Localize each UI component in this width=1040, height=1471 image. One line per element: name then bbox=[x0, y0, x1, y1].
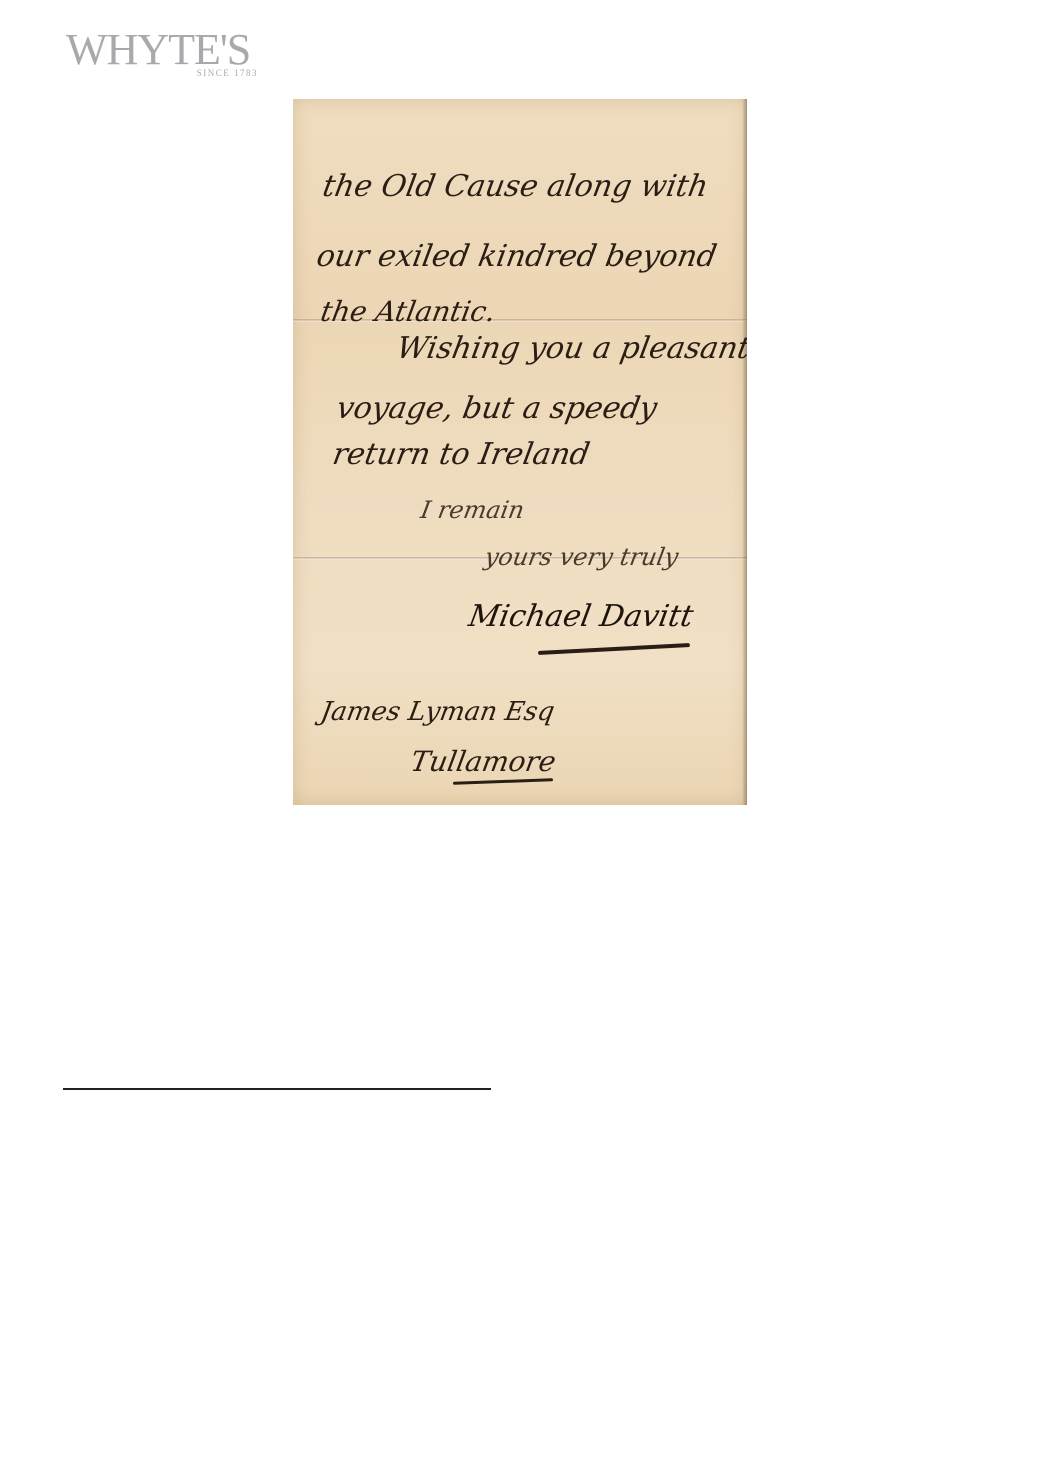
addressee-name: James Lyman Esq bbox=[318, 697, 556, 727]
letter-line: return to Ireland bbox=[330, 437, 592, 472]
letter-line: Wishing you a pleasant bbox=[394, 331, 747, 366]
logo-wordmark: WHYTE'S bbox=[66, 28, 250, 72]
footnote-separator bbox=[63, 1088, 491, 1090]
whytes-logo: WHYTE'S SINCE 1783 bbox=[66, 28, 266, 80]
handwritten-letter-image: the Old Cause along with our exiled kind… bbox=[293, 99, 747, 805]
letter-line: voyage, but a speedy bbox=[334, 391, 660, 426]
letter-closing: I remain bbox=[419, 496, 527, 524]
place-underline bbox=[453, 778, 553, 784]
letter-line: the Old Cause along with bbox=[320, 169, 711, 204]
letter-line: the Atlantic. bbox=[318, 295, 498, 328]
signature-underline bbox=[538, 643, 690, 655]
letter-closing: yours very truly bbox=[483, 543, 681, 571]
logo-tagline: SINCE 1783 bbox=[197, 68, 258, 78]
addressee-place: Tullamore bbox=[408, 745, 559, 778]
letter-line: our exiled kindred beyond bbox=[314, 239, 719, 274]
paper-edge bbox=[742, 99, 747, 805]
signature: Michael Davitt bbox=[466, 599, 696, 634]
